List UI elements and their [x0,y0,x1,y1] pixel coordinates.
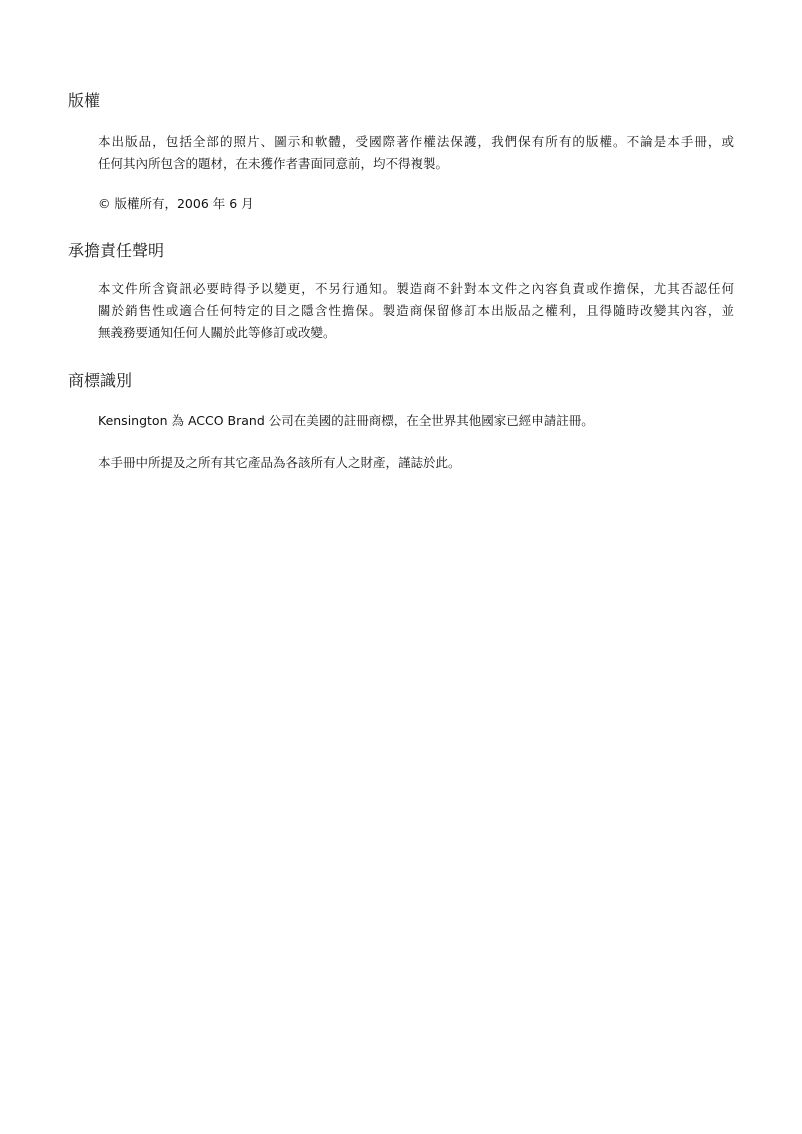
copyright-paragraph: 本出版品，包括全部的照片、圖示和軟體，受國際著作權法保護，我們保有所有的版權。不… [98,131,738,175]
trademark-line-2: 本手冊中所提及之所有其它產品為各該所有人之財產，謹誌於此。 [98,452,738,474]
section-heading-trademarks: 商標識別 [68,371,132,391]
trademark-paragraph-2: 本手冊中所提及之所有其它產品為各該所有人之財產，謹誌於此。 [98,452,738,474]
copyright-notice-line: © 版權所有，2006 年 6 月 [98,193,738,215]
copyright-line-2: 任何其內所包含的題材，在未獲作者書面同意前，均不得複製。 [98,153,738,175]
section-heading-disclaimer: 承擔責任聲明 [68,241,164,261]
trademark-line-1: Kensington 為 ACCO Brand 公司在美國的註冊商標，在全世界其… [98,410,738,432]
document-page: 版權 本出版品，包括全部的照片、圖示和軟體，受國際著作權法保護，我們保有所有的版… [0,0,802,1134]
trademark-paragraph-1: Kensington 為 ACCO Brand 公司在美國的註冊商標，在全世界其… [98,410,738,432]
section-heading-copyright: 版權 [68,91,100,111]
disclaimer-line-1: 本文件所含資訊必要時得予以變更，不另行通知。製造商不針對本文件之內容負責或作擔保… [98,278,734,300]
disclaimer-line-3: 無義務要通知任何人關於此等修訂或改變。 [98,322,738,344]
copyright-notice: © 版權所有，2006 年 6 月 [98,193,738,215]
disclaimer-line-2: 關於銷售性或適合任何特定的目之隱含性擔保。製造商保留修訂本出版品之權利，且得隨時… [98,300,734,322]
disclaimer-paragraph: 本文件所含資訊必要時得予以變更，不另行通知。製造商不針對本文件之內容負責或作擔保… [98,278,738,344]
copyright-line-1: 本出版品，包括全部的照片、圖示和軟體，受國際著作權法保護，我們保有所有的版權。不… [98,131,734,153]
